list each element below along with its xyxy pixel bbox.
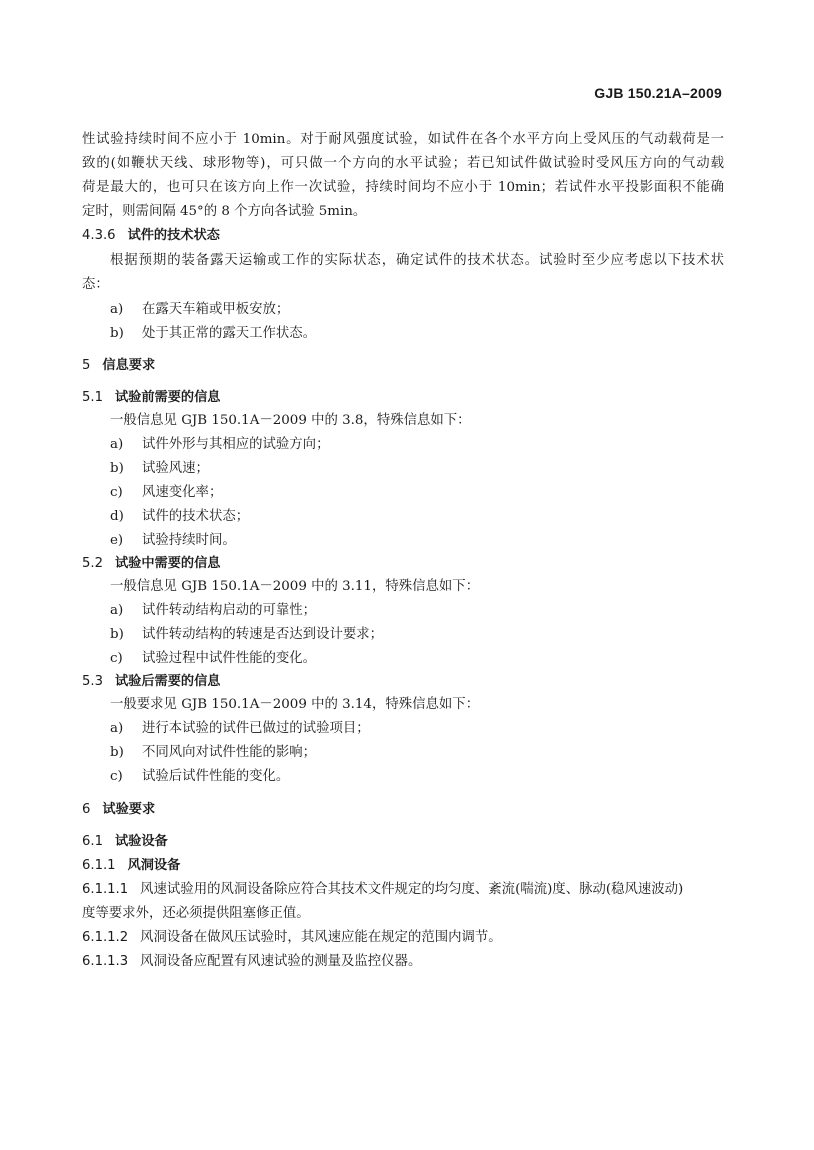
list-item: a)进行本试验的试件已做过的试验项目；: [110, 719, 752, 739]
section-heading-5-2: 5.2试验中需要的信息: [82, 554, 724, 574]
paragraph-line: 度等要求外，还必须提供阻塞修正值。: [82, 904, 724, 924]
section-heading-4-3-6: 4.3.6试件的技术状态: [82, 226, 724, 246]
paragraph-line: 定时，则需间隔 45°的 8 个方向各试验 5min。: [82, 202, 724, 222]
paragraph-line: 致的(如鞭状天线、球形物等)，可只做一个方向的水平试验；若已知试件做试验时受风压…: [82, 154, 724, 174]
paragraph-line: 态：: [82, 275, 724, 295]
section-heading-6-1-1: 6.1.1风洞设备: [82, 856, 724, 876]
section-heading-5: 5信息要求: [82, 356, 724, 376]
section-heading-6: 6试验要求: [82, 800, 724, 820]
section-heading-5-1: 5.1试验前需要的信息: [82, 388, 724, 408]
list-item: c)试验后试件性能的变化。: [110, 767, 752, 787]
list-item: a)试件转动结构启动的可靠性；: [110, 601, 752, 621]
list-item: a)试件外形与其相应的试验方向；: [110, 435, 752, 455]
document-page: GJB 150.21A–2009 性试验持续时间不应小于 10min。对于耐风强…: [0, 0, 814, 1150]
section-number: 4.3.6: [82, 226, 116, 246]
list-item: a)在露天车箱或甲板安放；: [110, 300, 752, 320]
section-heading-6-1: 6.1试验设备: [82, 832, 724, 852]
document-id-header: GJB 150.21A–2009: [594, 85, 722, 101]
clause-6-1-1-3: 6.1.1.3风洞设备应配置有风速试验的测量及监控仪器。: [82, 952, 724, 972]
list-item: e)试验持续时间。: [110, 531, 752, 551]
list-item: c)试验过程中试件性能的变化。: [110, 649, 752, 669]
list-item: c)风速变化率；: [110, 483, 752, 503]
section-heading-5-3: 5.3试验后需要的信息: [82, 672, 724, 692]
paragraph-line: 一般信息见 GJB 150.1A－2009 中的 3.8，特殊信息如下：: [110, 411, 724, 431]
paragraph-line: 一般信息见 GJB 150.1A－2009 中的 3.11，特殊信息如下：: [110, 577, 724, 597]
paragraph-line: 根据预期的装备露天运输或工作的实际状态，确定试件的技术状态。试验时至少应考虑以下…: [110, 251, 724, 271]
paragraph-line: 一般要求见 GJB 150.1A－2009 中的 3.14，特殊信息如下：: [110, 695, 724, 715]
clause-6-1-1-2: 6.1.1.2风洞设备在做风压试验时，其风速应能在规定的范围内调节。: [82, 928, 724, 948]
paragraph-line: 荷是最大的，也可只在该方向上作一次试验，持续时间均不应小于 10min；若试件水…: [82, 178, 724, 198]
list-item: d)试件的技术状态；: [110, 507, 752, 527]
clause-6-1-1-1: 6.1.1.1风速试验用的风洞设备除应符合其技术文件规定的均匀度、紊流(喘流)度…: [82, 880, 724, 900]
list-item: b)处于其正常的露天工作状态。: [110, 324, 752, 344]
list-item: b)试件转动结构的转速是否达到设计要求；: [110, 625, 752, 645]
section-title: 试件的技术状态: [128, 228, 220, 243]
list-item: b)不同风向对试件性能的影响；: [110, 743, 752, 763]
list-item: b)试验风速；: [110, 459, 752, 479]
paragraph-line: 性试验持续时间不应小于 10min。对于耐风强度试验，如试件在各个水平方向上受风…: [82, 130, 724, 150]
